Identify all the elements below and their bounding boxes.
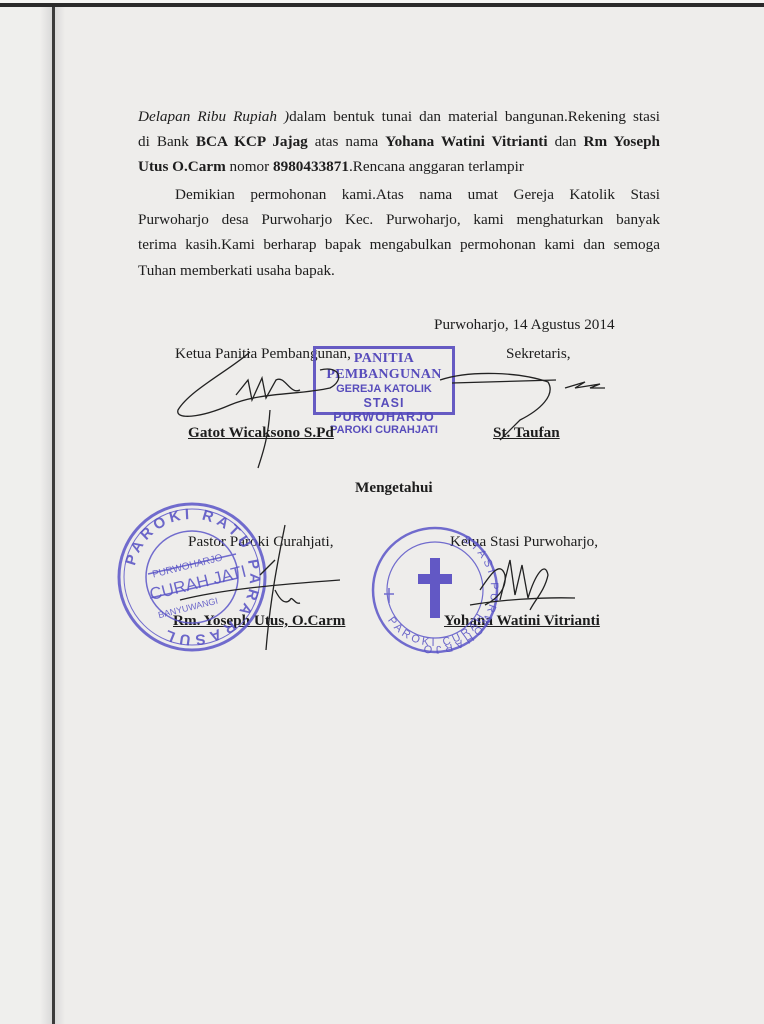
signature-committee-chair <box>178 352 339 468</box>
stamps-and-signatures: PAROKI RATU PARA RASUL PURWOHARJO CURAH … <box>0 0 764 1024</box>
signature-secretary <box>440 373 605 440</box>
